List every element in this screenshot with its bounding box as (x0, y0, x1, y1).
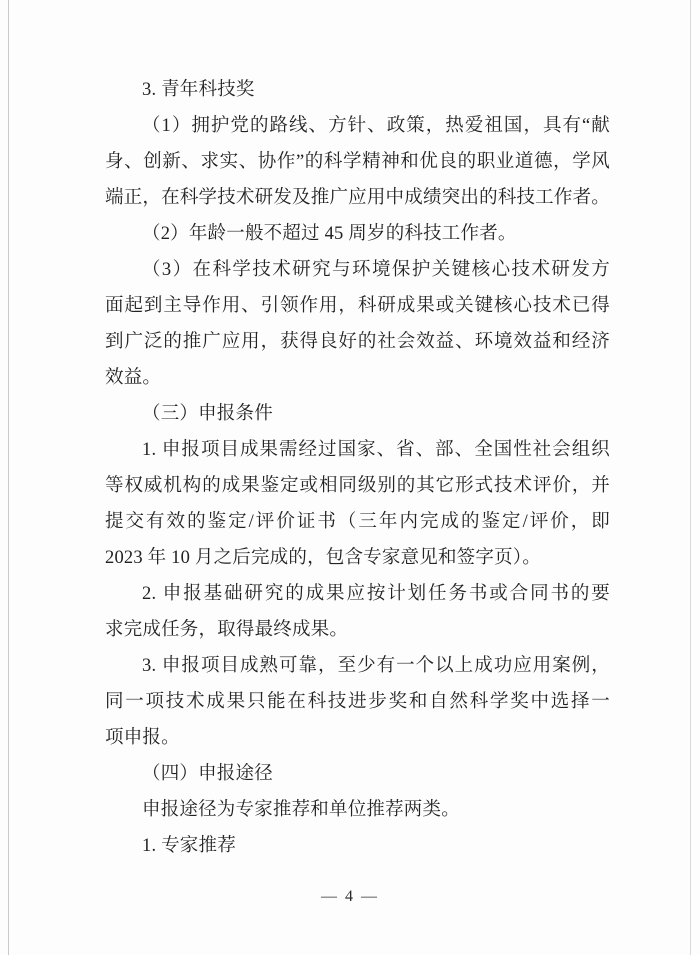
item-heading-expert-recommendation: 1. 专家推荐 (105, 828, 610, 864)
paragraph-line: 2. 申报基础研究的成果应按计划任务书或合同书的要 (105, 576, 610, 612)
paragraph-line: 到广泛的推广应用，获得良好的社会效益、环境效益和经济 (105, 324, 610, 360)
paragraph-line: （1）拥护党的路线、方针、政策，热爱祖国，具有“献 (105, 108, 610, 144)
paragraph-line: 3. 申报项目成熟可靠，至少有一个以上成功应用案例， (105, 648, 610, 684)
paragraph-line: 求完成任务，取得最终成果。 (105, 612, 610, 648)
section-heading-conditions: （三）申报条件 (105, 396, 610, 432)
paragraph-line: 2023 年 10 月之后完成的，包含专家意见和签字页）。 (105, 540, 610, 576)
paragraph-line: 面起到主导作用、引领作用，科研成果或关键核心技术已得 (105, 288, 610, 324)
paragraph-line: 同一项技术成果只能在科技进步奖和自然科学奖中选择一 (105, 684, 610, 720)
paragraph-line: 项申报。 (105, 720, 610, 756)
paragraph-line: 效益。 (105, 360, 610, 396)
paragraph-line: 1. 申报项目成果需经过国家、省、部、全国性社会组织 (105, 432, 610, 468)
paragraph-line: 等权威机构的成果鉴定或相同级别的其它形式技术评价，并 (105, 468, 610, 504)
paragraph-line: （3）在科学技术研究与环境保护关键核心技术研发方 (105, 252, 610, 288)
paragraph-line: 端正，在科学技术研发及推广应用中成绩突出的科技工作者。 (105, 180, 610, 216)
paragraph-line: （2）年龄一般不超过 45 周岁的科技工作者。 (105, 216, 610, 252)
section-heading-channels: （四）申报途径 (105, 756, 610, 792)
paragraph-line: 申报途径为专家推荐和单位推荐两类。 (105, 792, 610, 828)
paragraph-line: 提交有效的鉴定/评价证书（三年内完成的鉴定/评价，即 (105, 504, 610, 540)
page-number: — 4 — (0, 886, 700, 908)
scan-edge-right (690, 0, 691, 955)
paragraph-line: 身、创新、求实、协作”的科学精神和优良的职业道德，学风 (105, 144, 610, 180)
document-body: 3. 青年科技奖 （1）拥护党的路线、方针、政策，热爱祖国，具有“献 身、创新、… (105, 72, 610, 864)
document-page: 3. 青年科技奖 （1）拥护党的路线、方针、政策，热爱祖国，具有“献 身、创新、… (0, 0, 700, 955)
scan-edge-left (8, 0, 9, 955)
item-heading-youth-award: 3. 青年科技奖 (105, 72, 610, 108)
